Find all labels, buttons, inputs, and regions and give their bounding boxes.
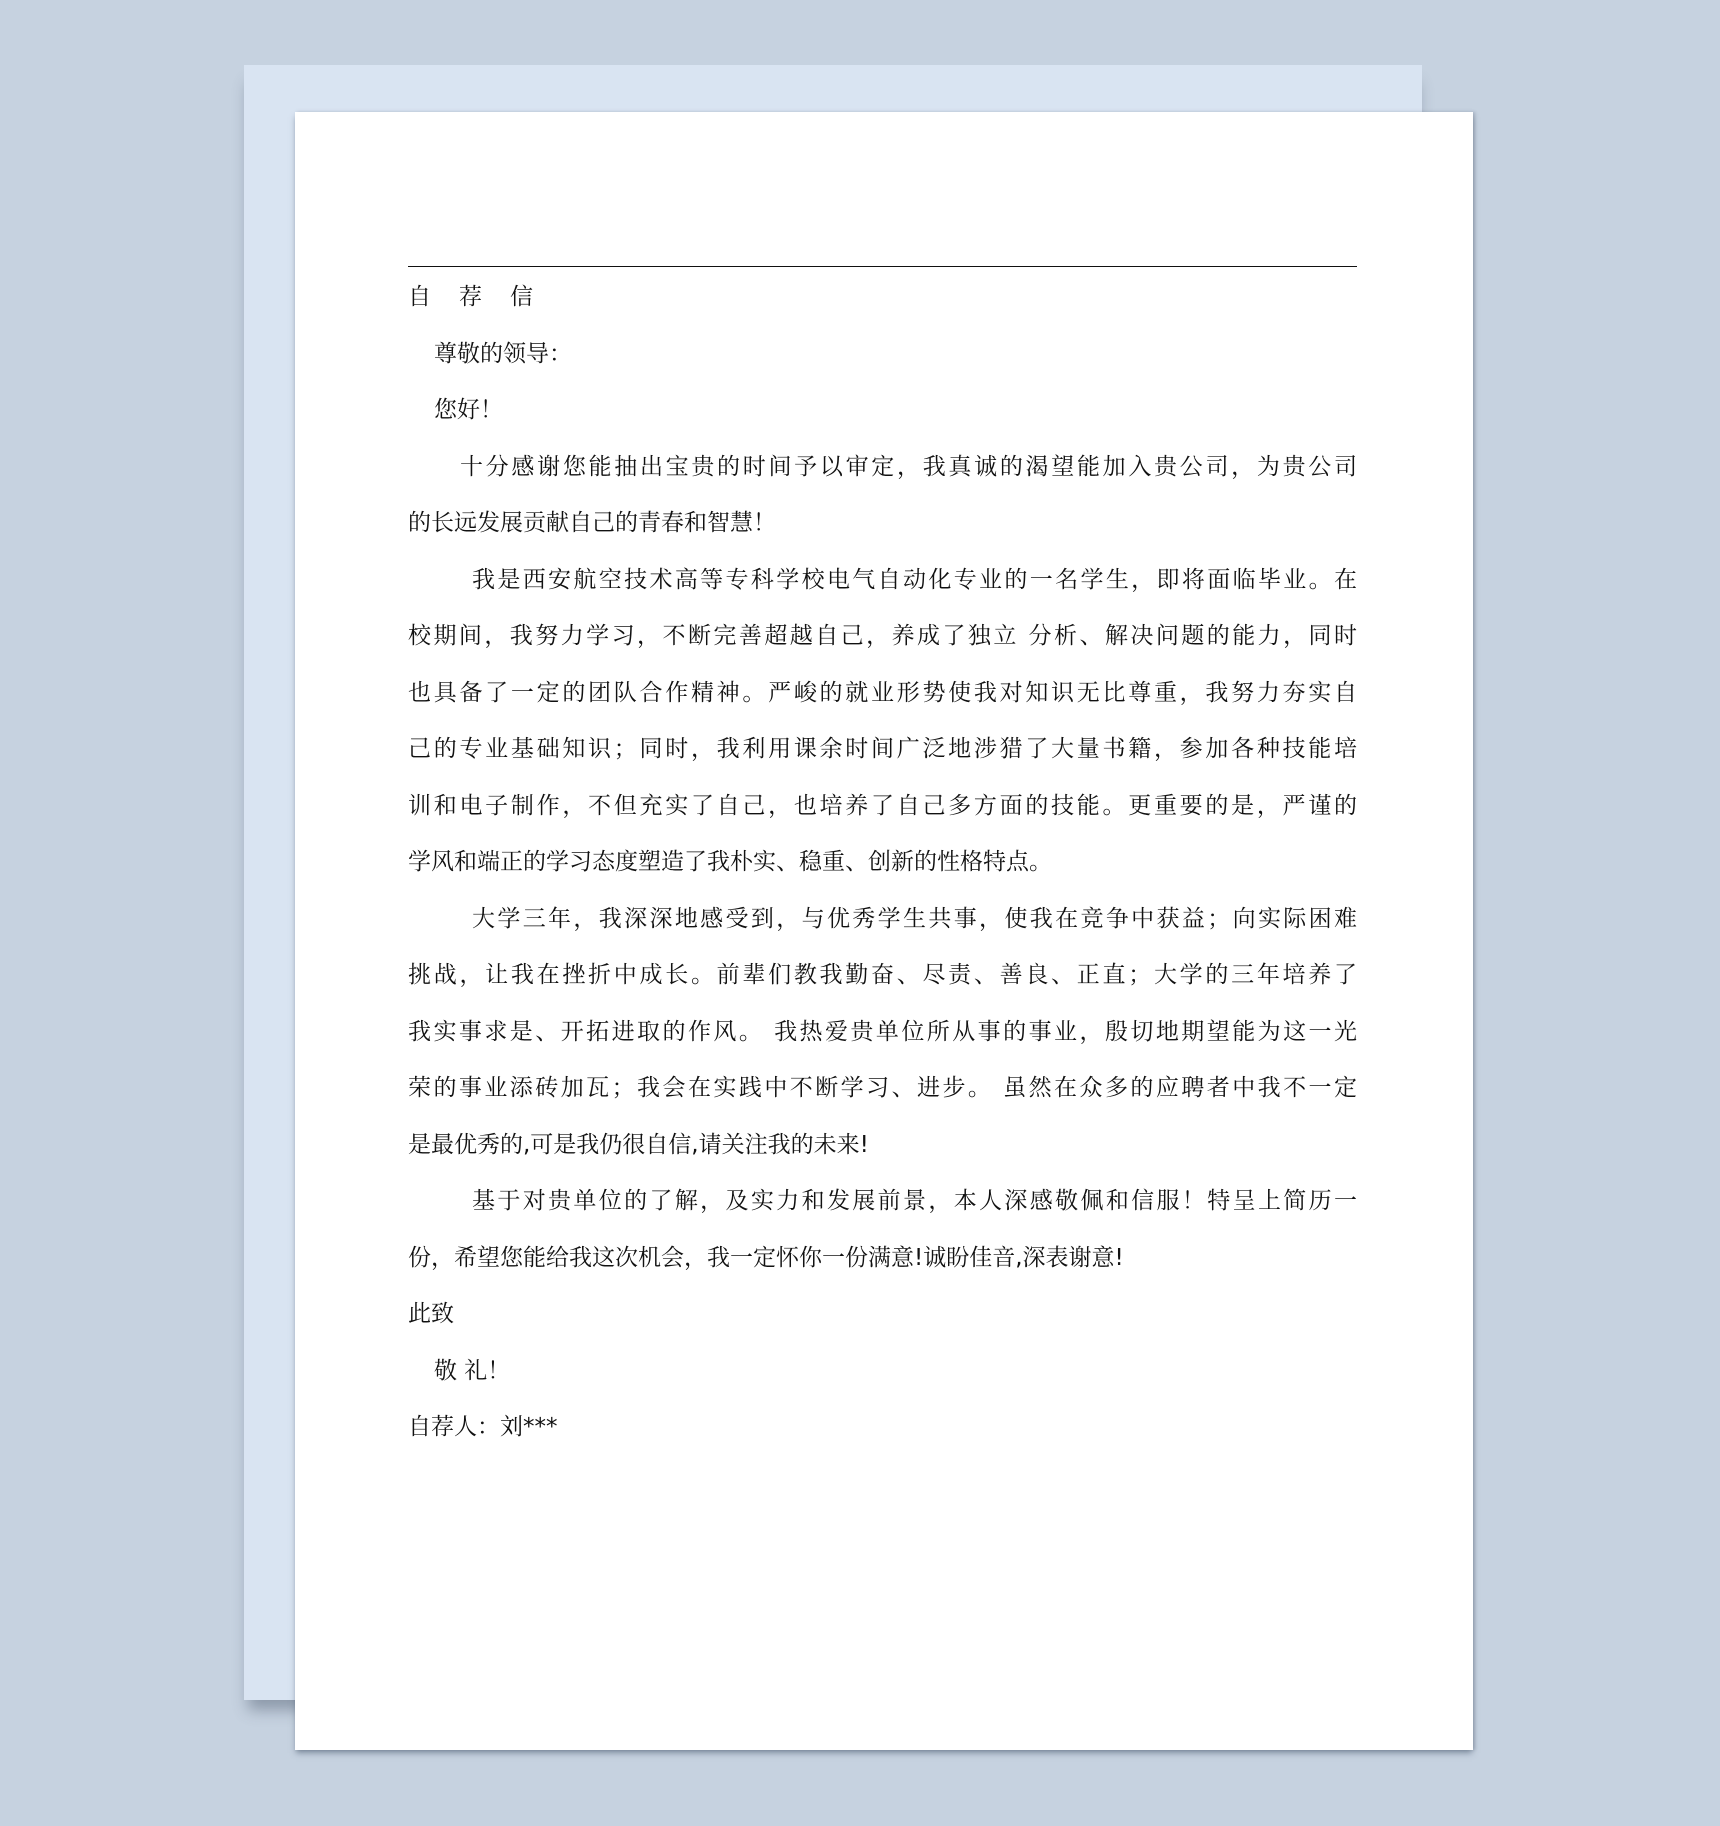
paragraph-line: 挑战，让我在挫折中成长。前辈们教我勤奋、尽责、善良、正直；大学的三年培养了 bbox=[408, 947, 1357, 1004]
paragraph-line: 也具备了一定的团队合作精神。严峻的就业形势使我对知识无比尊重，我努力夯实自 bbox=[408, 665, 1357, 722]
paragraph-line: 训和电子制作，不但充实了自己，也培养了自己多方面的技能。更重要的是，严谨的 bbox=[408, 778, 1357, 835]
paragraph: 大学三年，我深深地感受到，与优秀学生共事，使我在竞争中获益；向实际困难挑战，让我… bbox=[408, 891, 1357, 1174]
letter-body: 自荐信 尊敬的领导： 您好！ 十分感谢您能抽出宝贵的时间予以审定，我真诚的渴望能… bbox=[408, 269, 1357, 1456]
paragraph-line: 校期间，我努力学习，不断完善超越自己，养成了独立 分析、解决问题的能力，同时 bbox=[408, 608, 1357, 665]
paragraph: 基于对贵单位的了解，及实力和发展前景，本人深感敬佩和信服！特呈上简历一份，希望您… bbox=[408, 1173, 1357, 1286]
paragraph-line: 份，希望您能给我这次机会，我一定怀你一份满意!诚盼佳音,深表谢意! bbox=[408, 1230, 1357, 1287]
letter-paragraphs: 十分感谢您能抽出宝贵的时间予以审定，我真诚的渴望能加入贵公司，为贵公司的长远发展… bbox=[408, 439, 1357, 1287]
signature: 自荐人：刘*** bbox=[408, 1399, 1357, 1456]
paragraph: 十分感谢您能抽出宝贵的时间予以审定，我真诚的渴望能加入贵公司，为贵公司的长远发展… bbox=[408, 439, 1357, 552]
paragraph: 我是西安航空技术高等专科学校电气自动化专业的一名学生，即将面临毕业。在校期间，我… bbox=[408, 552, 1357, 891]
paragraph-line: 我实事求是、开拓进取的作风。 我热爱贵单位所从事的事业，殷切地期望能为这一光 bbox=[408, 1004, 1357, 1061]
letter-title: 自荐信 bbox=[408, 269, 1357, 326]
greeting: 您好！ bbox=[408, 382, 1357, 439]
salutation: 尊敬的领导： bbox=[408, 326, 1357, 383]
paragraph-line: 我是西安航空技术高等专科学校电气自动化专业的一名学生，即将面临毕业。在 bbox=[408, 552, 1357, 609]
paragraph-line: 是最优秀的,可是我仍很自信,请关注我的未来! bbox=[408, 1117, 1357, 1174]
paragraph-line: 大学三年，我深深地感受到，与优秀学生共事，使我在竞争中获益；向实际困难 bbox=[408, 891, 1357, 948]
paragraph-line: 基于对贵单位的了解，及实力和发展前景，本人深感敬佩和信服！特呈上简历一 bbox=[408, 1173, 1357, 1230]
header-rule-divider bbox=[408, 266, 1357, 267]
paragraph-line: 的长远发展贡献自己的青春和智慧！ bbox=[408, 495, 1357, 552]
paragraph-line: 学风和端正的学习态度塑造了我朴实、稳重、创新的性格特点。 bbox=[408, 834, 1357, 891]
closing: 此致 bbox=[408, 1286, 1357, 1343]
paragraph-line: 荣的事业添砖加瓦；我会在实践中不断学习、进步。 虽然在众多的应聘者中我不一定 bbox=[408, 1060, 1357, 1117]
paragraph-line: 己的专业基础知识；同时，我利用课余时间广泛地涉猎了大量书籍，参加各种技能培 bbox=[408, 721, 1357, 778]
regards: 敬 礼！ bbox=[408, 1343, 1357, 1400]
paragraph-line: 十分感谢您能抽出宝贵的时间予以审定，我真诚的渴望能加入贵公司，为贵公司 bbox=[408, 439, 1357, 496]
